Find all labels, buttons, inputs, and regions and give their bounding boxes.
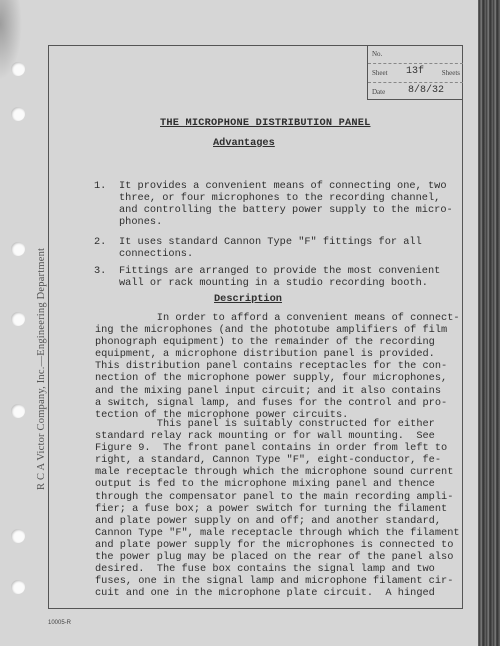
date-value: 8/8/32: [408, 85, 444, 96]
item-text: It provides a convenient means of connec…: [119, 180, 453, 228]
item-number: 2.: [94, 236, 106, 248]
item-number: 1.: [94, 180, 106, 192]
stamp-date-row: Date 8/8/32: [368, 83, 463, 101]
punch-hole: [11, 242, 25, 256]
advantages-heading: Advantages: [213, 137, 275, 149]
company-side-label: R C A Victor Company, Inc.—Engineering D…: [36, 248, 47, 490]
document-page: R C A Victor Company, Inc.—Engineering D…: [0, 0, 478, 646]
punch-hole: [11, 107, 25, 121]
advantage-item: 1. It provides a convenient means of con…: [94, 180, 131, 228]
punch-hole: [11, 529, 25, 543]
description-paragraph: In order to afford a convenient means of…: [95, 312, 460, 421]
item-text: It uses standard Cannon Type "F" fitting…: [119, 236, 422, 260]
item-text: Fittings are arranged to provide the mos…: [119, 265, 440, 289]
punch-hole: [11, 62, 25, 76]
punch-hole: [11, 404, 25, 418]
no-label: No.: [372, 50, 382, 58]
sheet-label: Sheet: [372, 69, 388, 77]
sheet-stamp-box: No. Sheet 13f Sheets Date 8/8/32: [367, 45, 463, 100]
punch-hole: [11, 580, 25, 594]
description-heading: Description: [214, 293, 282, 305]
date-label: Date: [372, 88, 385, 96]
form-number: 10005-R: [48, 620, 71, 626]
stamp-no-row: No.: [368, 45, 463, 64]
advantage-item: 3. Fittings are arranged to provide the …: [94, 265, 131, 313]
stamp-sheet-row: Sheet 13f Sheets: [368, 64, 463, 83]
sheets-label: Sheets: [442, 69, 460, 77]
document-title: THE MICROPHONE DISTRIBUTION PANEL: [160, 117, 371, 129]
item-number: 3.: [94, 265, 106, 277]
description-paragraph: This panel is suitably constructed for e…: [95, 418, 460, 599]
binder-edge: [478, 0, 500, 646]
sheet-value: 13f: [406, 66, 424, 77]
punch-hole: [11, 312, 25, 326]
